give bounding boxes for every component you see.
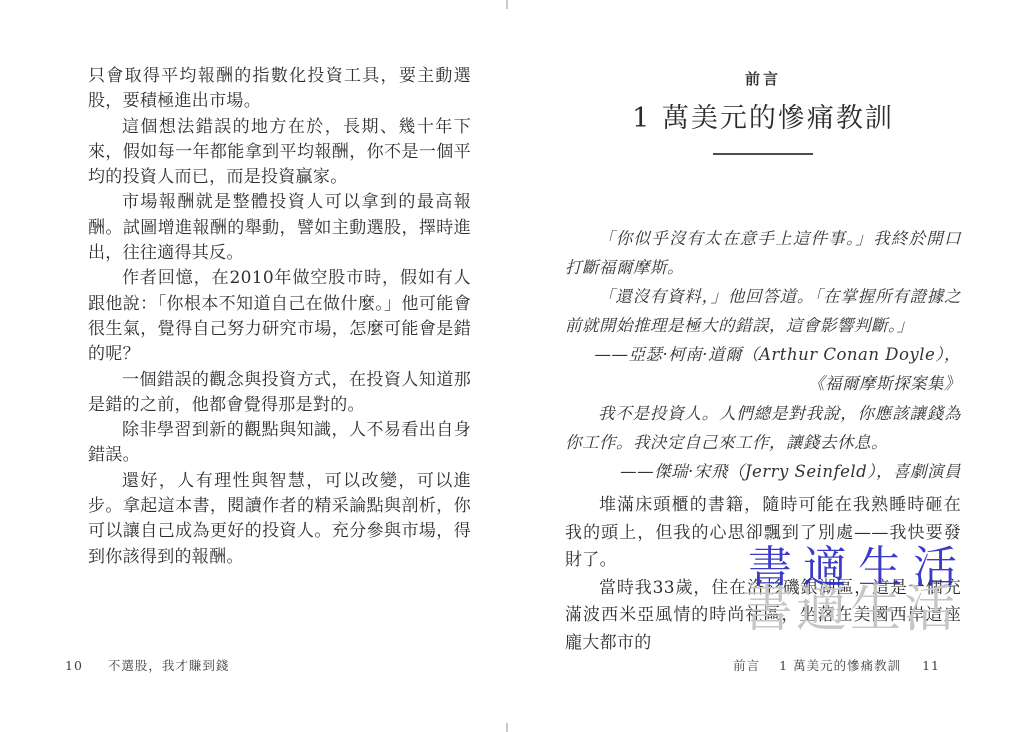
chapter-label: 前言 <box>565 68 961 89</box>
right-page-number: 11 <box>922 658 940 673</box>
paragraph: 除非學習到新的觀點與知識，人不易看出自身錯誤。 <box>88 418 471 469</box>
paragraph: 還好，人有理性與智慧，可以改變，可以進步。拿起這本書，閱讀作者的精采論點與剖析，… <box>88 469 471 570</box>
epigraph-attribution: ——亞瑟·柯南·道爾（Arthur Conan Doyle）， <box>565 340 961 369</box>
epigraph-doyle: 「你似乎沒有太在意手上這件事。」我終於開口打斷福爾摩斯。 「還沒有資料，」他回答… <box>565 224 961 398</box>
paragraph: 當時我33歲，住在洛杉磯銀湖區，這是一個充滿波西米亞風情的時尚社區，坐落在美國西… <box>565 575 961 658</box>
chapter-header: 前言 1 萬美元的慘痛教訓 <box>565 68 961 155</box>
right-footer-chapter-title: 1 萬美元的慘痛教訓 <box>779 658 901 673</box>
title-divider <box>713 153 813 155</box>
epigraph-line: 「你似乎沒有太在意手上這件事。」我終於開口打斷福爾摩斯。 <box>565 224 961 282</box>
epigraph-line: 「還沒有資料，」他回答道。「在掌握所有證據之前就開始推理是極大的錯誤，這會影響判… <box>565 282 961 340</box>
left-running-title: 不選股，我才賺到錢 <box>108 658 230 673</box>
center-fold-mark-bottom <box>506 723 508 732</box>
right-page-footer: 前言 1 萬美元的慘痛教訓 11 <box>733 656 940 674</box>
center-fold-mark-top <box>506 0 508 9</box>
paragraph: 市場報酬就是整體投資人可以拿到的最高報酬。試圖增進報酬的舉動，譬如主動選股，擇時… <box>88 190 471 266</box>
left-page-footer: 10 不選股，我才賺到錢 <box>65 656 229 674</box>
epigraph-attribution: ——傑瑞·宋飛（Jerry Seinfeld），喜劇演員 <box>565 457 961 486</box>
right-footer-chapter-label: 前言 <box>733 658 760 673</box>
paragraph: 堆滿床頭櫃的書籍，隨時可能在我熟睡時砸在我的頭上，但我的心思卻飄到了別處——我快… <box>565 492 961 575</box>
right-page-text-block: 堆滿床頭櫃的書籍，隨時可能在我熟睡時砸在我的頭上，但我的心思卻飄到了別處——我快… <box>565 492 961 658</box>
epigraph-seinfeld: 我不是投資人。人們總是對我說，你應該讓錢為你工作。我決定自己來工作，讓錢去休息。… <box>565 399 961 486</box>
epigraph-attribution: 《福爾摩斯探案集》 <box>565 369 961 398</box>
paragraph: 作者回憶，在2010年做空股市時，假如有人跟他說：「你根本不知道自己在做什麼。」… <box>88 266 471 367</box>
paragraph: 這個想法錯誤的地方在於，長期、幾十年下來，假如每一年都能拿到平均報酬，你不是一個… <box>88 115 471 191</box>
epigraph-line: 我不是投資人。人們總是對我說，你應該讓錢為你工作。我決定自己來工作，讓錢去休息。 <box>565 399 961 457</box>
left-page-number: 10 <box>65 658 83 673</box>
left-page-text-block: 只會取得平均報酬的指數化投資工具，要主動選股，要積極進出市場。 這個想法錯誤的地… <box>88 64 471 570</box>
paragraph: 只會取得平均報酬的指數化投資工具，要主動選股，要積極進出市場。 <box>88 64 471 115</box>
chapter-title: 1 萬美元的慘痛教訓 <box>565 96 961 135</box>
paragraph: 一個錯誤的觀念與投資方式，在投資人知道那是錯的之前，他都會覺得那是對的。 <box>88 368 471 419</box>
